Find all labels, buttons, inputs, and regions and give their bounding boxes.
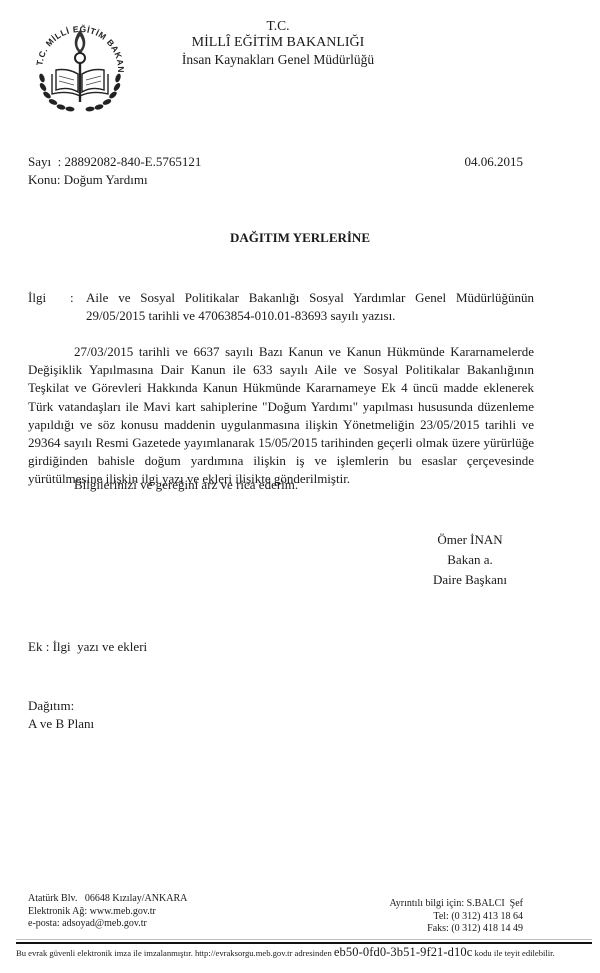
ministry-name: MİLLÎ EĞİTİM BAKANLIĞI <box>150 34 406 51</box>
attachment-label: Ek : <box>28 639 49 654</box>
reference-block: İlgi : Aile ve Sosyal Politikalar Bakanl… <box>28 289 534 325</box>
verification-prefix: Bu evrak güvenli elektronik imza ile imz… <box>16 948 334 958</box>
country-abbrev: T.C. <box>150 17 406 34</box>
subject-label: Konu <box>28 172 57 187</box>
number-value: 28892082-840-E.5765121 <box>65 154 202 169</box>
ministry-logo: T.C. MİLLİ EĞİTİM BAKANLIĞI <box>28 8 132 120</box>
recipient-heading: DAĞITIM YERLERİNE <box>0 230 600 246</box>
signatory-title: Daire Başkanı <box>420 570 520 590</box>
distribution-value: A ve B Planı <box>28 715 94 733</box>
document-subject: Konu: Doğum Yardımı <box>28 171 201 189</box>
signatory-name: Ömer İNAN <box>420 530 520 550</box>
attachment-value: İlgi yazı ve ekleri <box>53 639 148 654</box>
signature-block: Ömer İNAN Bakan a. Daire Başkanı <box>420 530 520 590</box>
document-date: 04.06.2015 <box>465 153 524 171</box>
footer-contact-block: Ayrıntılı bilgi için: S.BALCI Şef Tel: (… <box>389 898 523 936</box>
signatory-on-behalf: Bakan a. <box>420 550 520 570</box>
footer-web: Elektronik Ağ: www.meb.gov.tr <box>28 906 187 919</box>
verification-note: Bu evrak güvenli elektronik imza ile imz… <box>16 945 596 960</box>
meb-emblem-icon: T.C. MİLLİ EĞİTİM BAKANLIĞI <box>28 8 132 120</box>
verification-code: eb50-0fd0-3b51-9f21-d10c <box>334 945 472 959</box>
footer-divider-thin <box>16 939 592 940</box>
subject-value: Doğum Yardımı <box>64 172 148 187</box>
department-name: İnsan Kaynakları Genel Müdürlüğü <box>150 51 406 68</box>
reference-line-2: 29/05/2015 tarihli ve 47063854-010.01-83… <box>28 307 534 325</box>
number-label: Sayı <box>28 154 51 169</box>
footer-tel: Tel: (0 312) 413 18 64 <box>389 911 523 924</box>
reference-line-1: Aile ve Sosyal Politikalar Bakanlığı Sos… <box>86 289 534 307</box>
footer-email: e-posta: adsoyad@meb.gov.tr <box>28 918 187 931</box>
distribution-block: Dağıtım: A ve B Planı <box>28 697 94 733</box>
attachment-line: Ek : İlgi yazı ve ekleri <box>28 638 147 656</box>
verification-suffix: kodu ile teyit edilebilir. <box>472 948 554 958</box>
footer-contact: Ayrıntılı bilgi için: S.BALCI Şef <box>389 898 523 911</box>
footer-address-block: Atatürk Blv. 06648 Kızılay/ANKARA Elektr… <box>28 893 187 931</box>
distribution-label: Dağıtım: <box>28 697 94 715</box>
document-meta: Sayı : 28892082-840-E.5765121 Konu: Doğu… <box>28 153 201 189</box>
reference-label: İlgi <box>28 289 70 307</box>
letterhead: T.C. MİLLÎ EĞİTİM BAKANLIĞI İnsan Kaynak… <box>150 17 406 68</box>
footer-address: Atatürk Blv. 06648 Kızılay/ANKARA <box>28 893 187 906</box>
document-number: Sayı : 28892082-840-E.5765121 <box>28 153 201 171</box>
footer-divider <box>16 942 592 944</box>
footer-fax: Faks: (0 312) 418 14 49 <box>389 923 523 936</box>
body-paragraph: 27/03/2015 tarihli ve 6637 sayılı Bazı K… <box>28 343 534 489</box>
closing-sentence: Bilgilerinizi ve gereğini arz ve rica ed… <box>74 476 298 494</box>
